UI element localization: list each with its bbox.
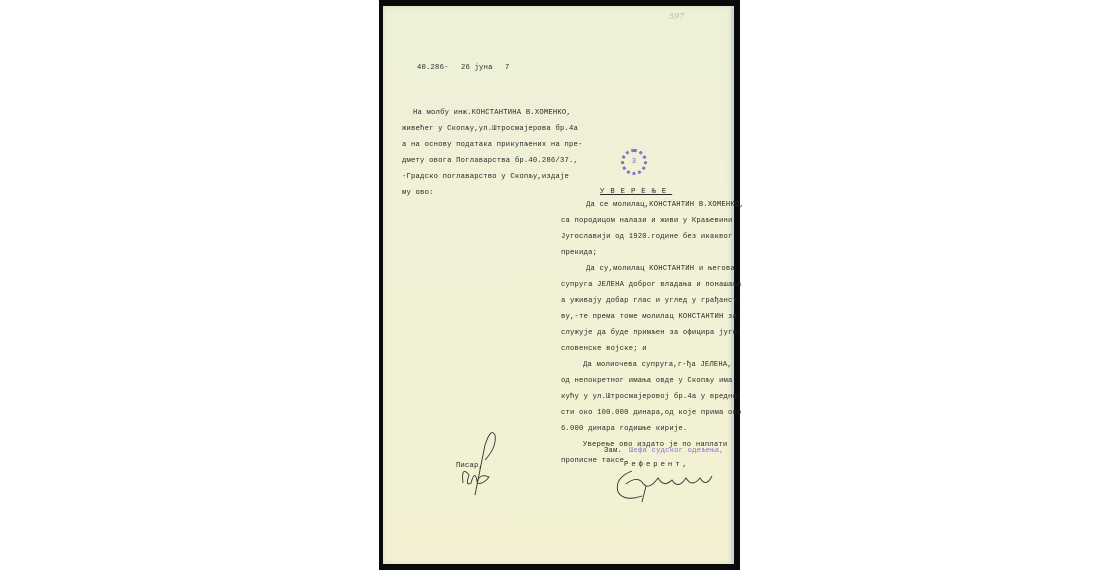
body-line: словенске војске; и: [561, 346, 647, 353]
left-block-line: На молбу инж.КОНСТАНТИНА В.ХОМЕНКО,: [413, 110, 571, 117]
left-block-line: -Градско поглаварство у Скопљу,издаје: [402, 174, 569, 181]
document-date: 26 јуна: [461, 65, 493, 72]
reference-number: 40.286-: [417, 65, 449, 72]
body-line: кућу у ул.Штросмајеровој бр.4а у вредно-: [561, 394, 742, 401]
left-block-line: дмету овога Поглаварства бр.40.286/37.,: [402, 158, 578, 165]
left-block-line: му ово:: [402, 190, 434, 197]
body-line: сти око 100.000 динара,од које прима око: [561, 410, 742, 417]
deputy-label: Зам.: [604, 448, 622, 455]
round-stamp: 3: [621, 149, 647, 175]
body-line: са породицом налази и живи у Краљевини: [561, 218, 733, 225]
body-line: 6.000 динара годишње кирије.: [561, 426, 687, 433]
department-stamp: Шефа судског одељења,: [629, 448, 724, 455]
body-line: супруга ЈЕЛЕНА доброг владања и понашања: [561, 282, 742, 289]
referent-signature: [612, 466, 722, 506]
body-line: а уживају добар глас и углед у грађанст-: [561, 298, 742, 305]
body-line: служује да буде примљен за официра југо-: [561, 330, 742, 337]
document-title: УВЕРЕЊЕ: [600, 189, 672, 196]
archive-pencil-number: 597: [669, 12, 684, 21]
body-line: прописне таксе.: [561, 458, 629, 465]
document-year-digit: 7: [505, 65, 510, 72]
body-line: ву,-те према томе молилац КОНСТАНТИН за-: [561, 314, 742, 321]
body-line: Да су,молилац КОНСТАНТИН и његова: [586, 266, 735, 273]
body-line: прекида;: [561, 250, 597, 257]
body-line: Да се молилац,КОНСТАНТИН В.ХОМЕНКО,: [586, 202, 744, 209]
left-block-line: живећег у Скопљу,ул.Штросмајерова бр.4а: [402, 126, 578, 133]
body-line: Да молиочева супруга,г-ђа ЈЕЛЕНА,: [583, 362, 732, 369]
body-line: Југославији од 1920.године без икаквог: [561, 234, 733, 241]
clerk-signature: [455, 425, 505, 500]
left-block-line: а на основу података прикупљених на пре-: [402, 142, 583, 149]
body-line: од непокретног имања овде у Скопљу има: [561, 378, 733, 385]
